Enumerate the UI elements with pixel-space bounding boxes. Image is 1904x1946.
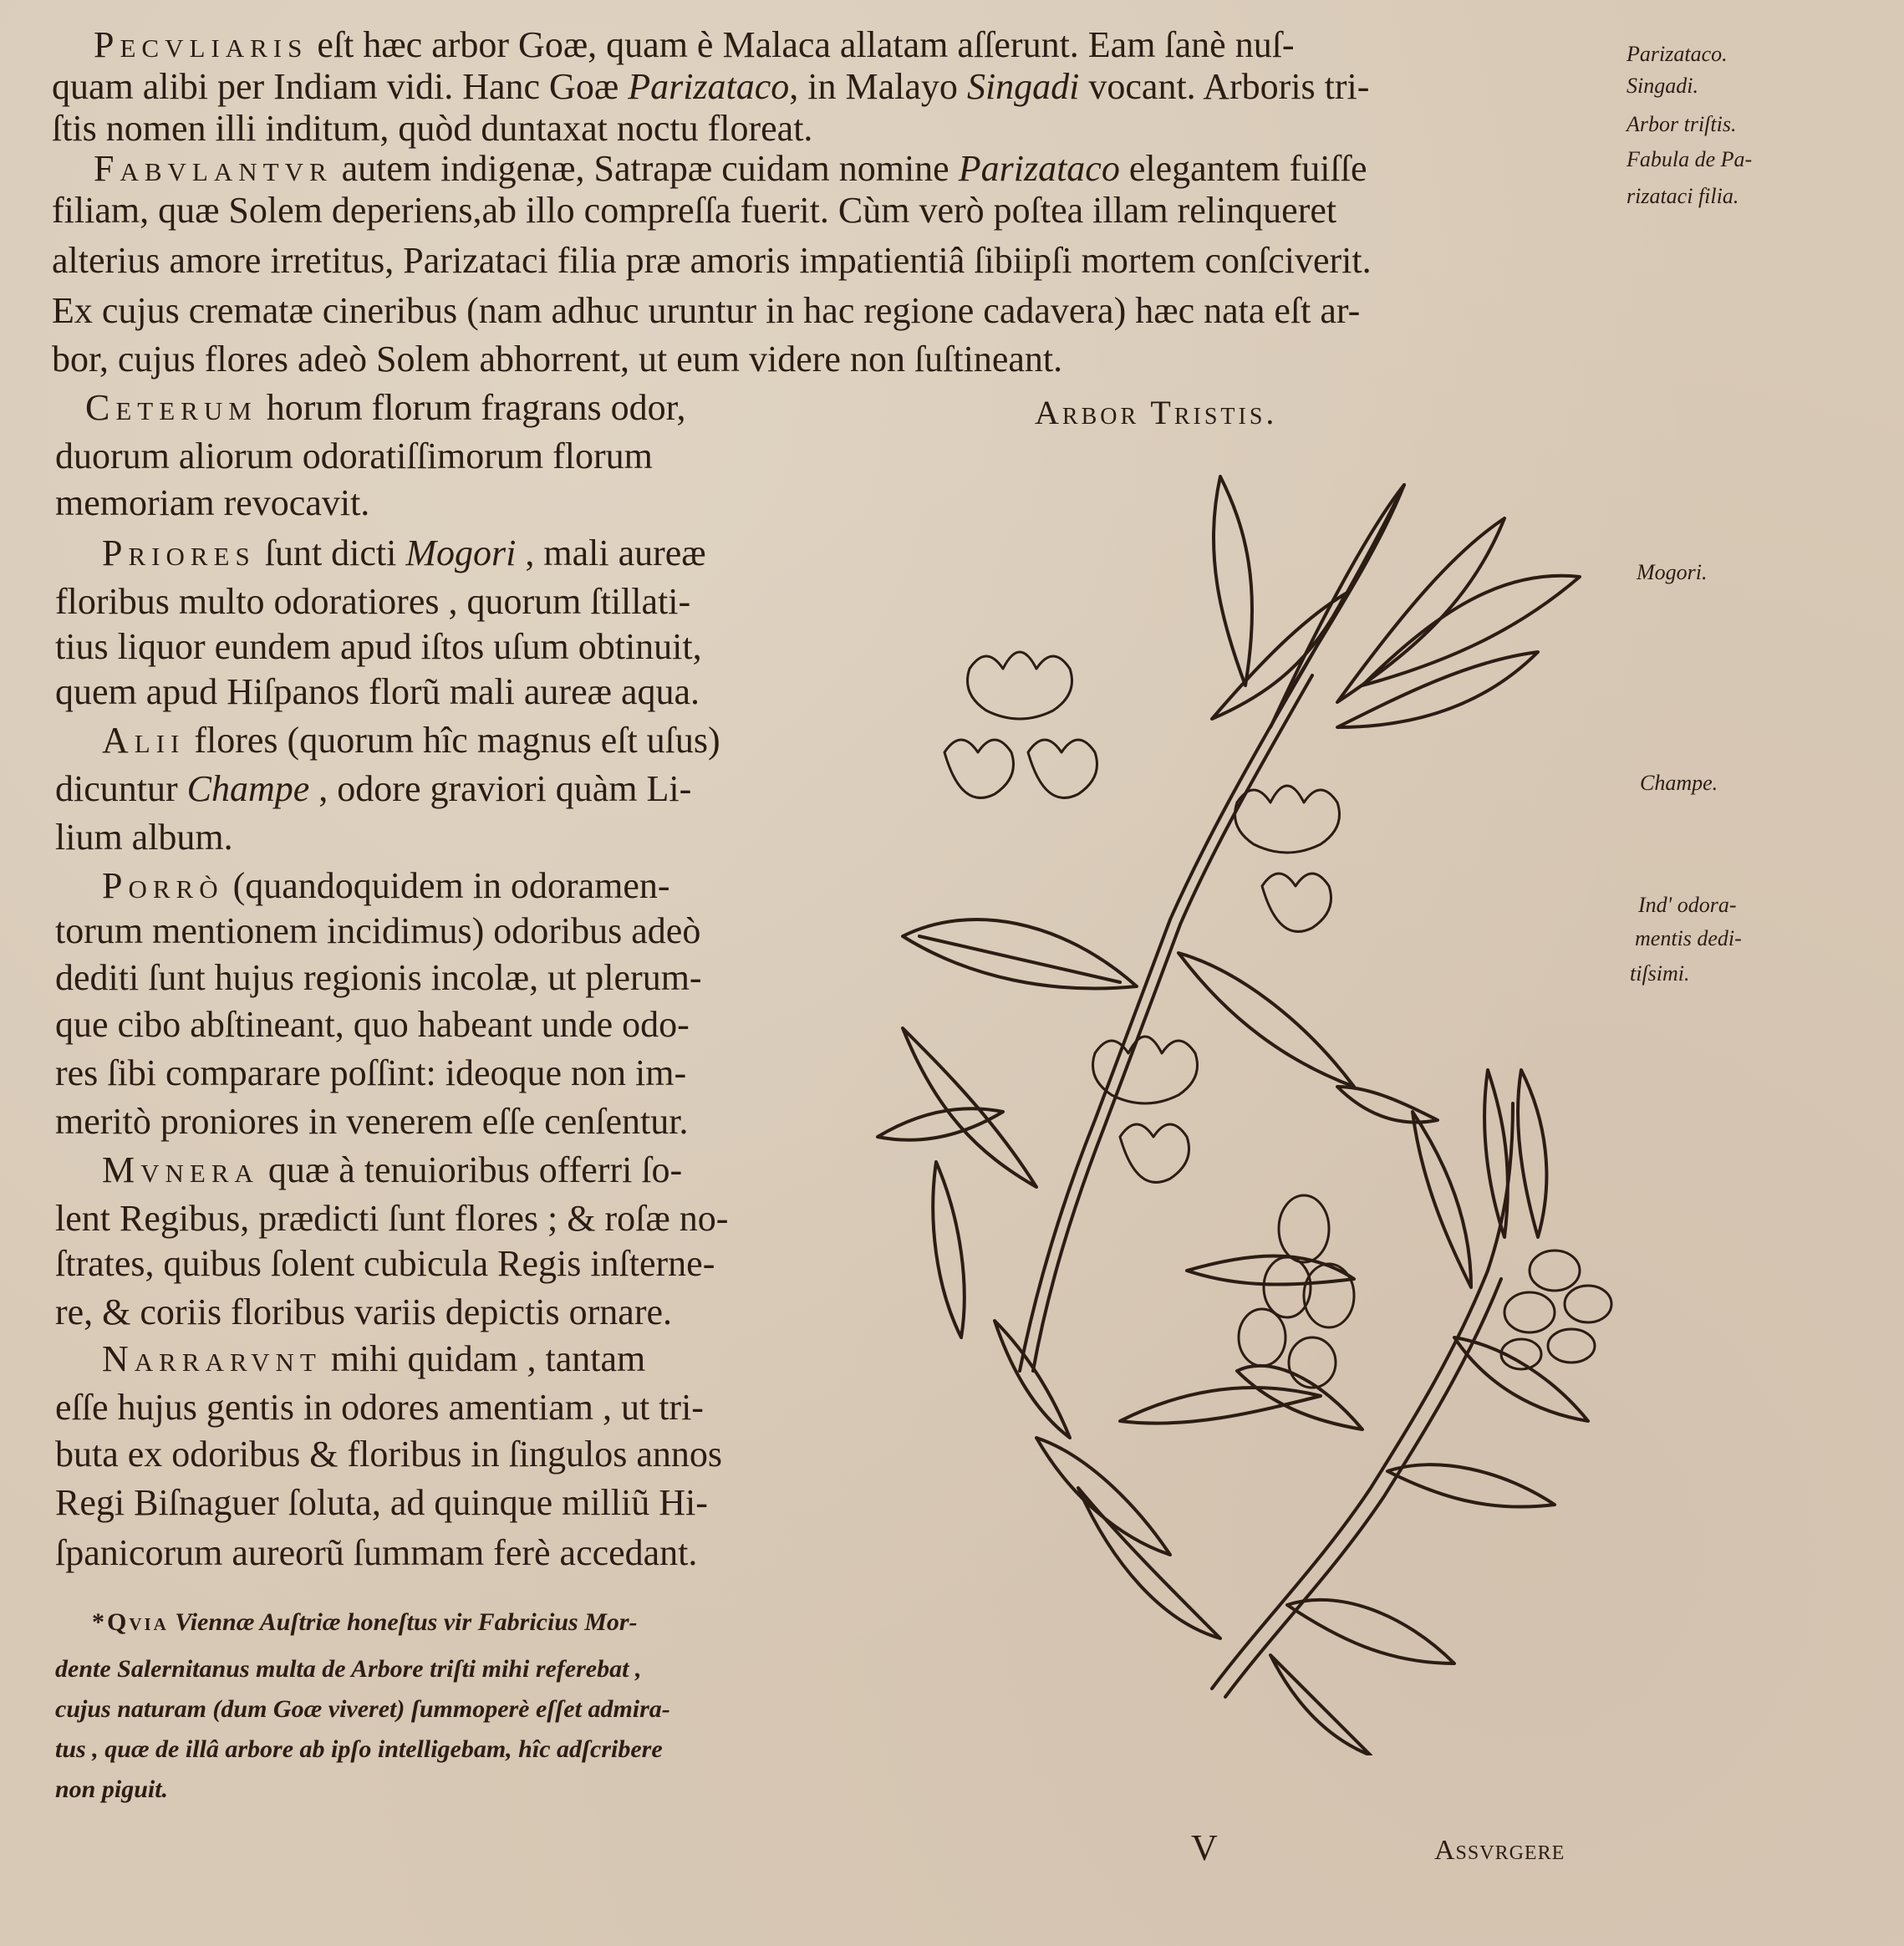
- text-line: que cibo abſtineant, quo habeant unde od…: [55, 1006, 832, 1043]
- margin-note: Mogori.: [1637, 562, 1708, 583]
- text-line: Pecvliaris eſt hæc arbor Goæ, quam è Mal…: [52, 27, 1613, 64]
- footnote-line: dente Salernitanus multa de Arbore triſt…: [55, 1657, 641, 1682]
- text-line: Alii flores (quorum hîc magnus eſt uſus): [55, 722, 879, 759]
- margin-note: Singadi.: [1627, 75, 1698, 97]
- text-line: dediti ſunt hujus regionis incolæ, ut pl…: [55, 960, 832, 996]
- text-line: Porrò (quandoquidem in odoramen-: [55, 868, 879, 904]
- text-line: Narrarvnt mihi quidam , tantam: [55, 1341, 879, 1378]
- text-line: quem apud Hiſpanos florũ mali aureæ aqua…: [55, 674, 832, 711]
- text-line: lent Regibus, prædicti ſunt flores ; & r…: [55, 1200, 832, 1237]
- figure-caption: Arbor Tristis.: [1035, 393, 1277, 432]
- text-line: quam alibi per Indiam vidi. Hanc Goæ Par…: [52, 69, 1613, 105]
- text-line: bor, cujus flores adeò Solem abhorrent, …: [52, 341, 1613, 378]
- text-line: duorum aliorum odoratiſſimorum florum: [55, 438, 832, 475]
- text-line: lium album.: [55, 819, 832, 856]
- margin-note: Arbor triſtis.: [1627, 114, 1736, 135]
- arbor-tristis-woodcut-illustration: [869, 451, 1621, 1755]
- text-line: meritò proniores in venerem eſſe cenſent…: [55, 1103, 832, 1140]
- book-page: Pecvliaris eſt hæc arbor Goæ, quam è Mal…: [0, 0, 1904, 1946]
- signature-mark: V: [1191, 1826, 1218, 1869]
- text-line: filiam, quæ Solem deperiens,ab illo comp…: [52, 192, 1613, 229]
- text-line: floribus multo odoratiores , quorum ſtil…: [55, 583, 832, 620]
- footnote-line: *Qvia Viennæ Auſtriæ honeſtus vir Fabric…: [92, 1610, 638, 1635]
- footnote-line: non piguit.: [55, 1777, 168, 1802]
- text-line: Fabvlantvr autem indigenæ, Satrapæ cuida…: [52, 150, 1613, 187]
- text-line: buta ex odoribus & floribus in ſingulos …: [55, 1436, 832, 1473]
- text-line: Priores ſunt dicti Mogori , mali aureæ: [55, 535, 879, 572]
- text-line: tius liquor eundem apud iſtos uſum obtin…: [55, 629, 832, 665]
- text-line: ſpanicorum aureorũ ſummam ferè accedant.: [55, 1535, 832, 1572]
- text-line: eſſe hujus gentis in odores amentiam , u…: [55, 1389, 832, 1426]
- text-line: Regi Biſnaguer ſoluta, ad quinque milliũ…: [55, 1485, 832, 1521]
- text-line: re, & coriis floribus variis depictis or…: [55, 1294, 832, 1331]
- text-line: ſtis nomen illi inditum, quòd duntaxat n…: [52, 110, 1613, 147]
- text-line: Mvnera quæ à tenuioribus offerri ſo-: [55, 1152, 879, 1189]
- margin-note: tiſsimi.: [1630, 963, 1690, 985]
- catchword: Assvrgere: [1434, 1835, 1565, 1867]
- text-line: alterius amore irretitus, Parizataci fil…: [52, 242, 1613, 279]
- text-line: Ceterum horum florum fragrans odor,: [55, 390, 863, 426]
- text-line: torum mentionem incidimus) odoribus adeò: [55, 913, 832, 950]
- margin-note: Ind' odora-: [1638, 894, 1737, 916]
- margin-note: Champe.: [1640, 772, 1718, 794]
- small-caps-lead: Pecvliaris: [94, 24, 308, 65]
- footnote-line: tus , quæ de illâ arbore ab ipſo intelli…: [55, 1737, 663, 1762]
- text-line: dicuntur Champe , odore graviori quàm Li…: [55, 771, 832, 807]
- text-line: Ex cujus crematæ cineribus (nam adhuc ur…: [52, 293, 1613, 329]
- text-line: ſtrates, quibus ſolent cubicula Regis in…: [55, 1246, 832, 1282]
- margin-note: rizataci filia.: [1627, 186, 1739, 207]
- margin-note: Fabula de Pa-: [1627, 149, 1752, 171]
- margin-note: Parizataco.: [1627, 43, 1728, 65]
- margin-note: mentis dedi-: [1635, 928, 1742, 950]
- text-line: res ſibi comparare poſſint: ideoque non …: [55, 1055, 832, 1092]
- text-line: memoriam revocavit.: [55, 485, 832, 522]
- footnote-line: cujus naturam (dum Goæ viveret) ſummoper…: [55, 1697, 670, 1722]
- small-caps-lead: Fabvlantvr: [94, 148, 333, 189]
